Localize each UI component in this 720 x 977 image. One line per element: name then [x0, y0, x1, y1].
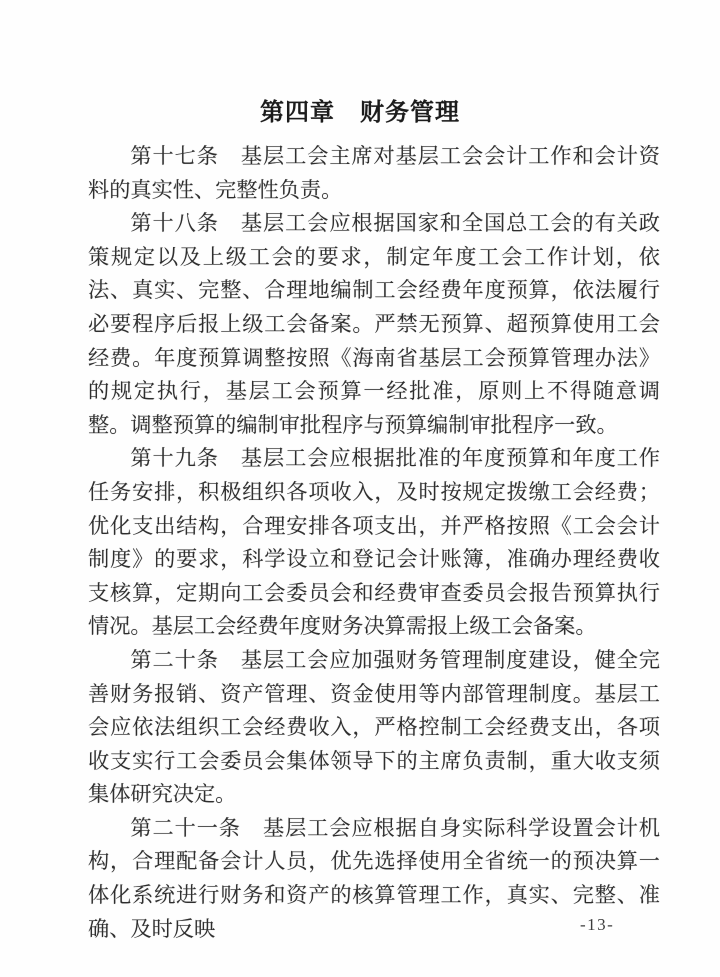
article-18-paragraph: 第十八条 基层工会应根据国家和全国总工会的有关政策规定以及上级工会的要求，制定年…: [88, 207, 660, 442]
page-number: -13-: [580, 916, 614, 933]
article-19-paragraph: 第十九条 基层工会应根据批准的年度预算和年度工作任务安排，积极组织各项收入，及时…: [88, 442, 660, 644]
document-body: 第十七条 基层工会主席对基层工会会计工作和会计资料的真实性、完整性负责。 第十八…: [88, 140, 660, 946]
article-20-paragraph: 第二十条 基层工会应加强财务管理制度建设，健全完善财务报销、资产管理、资金使用等…: [88, 644, 660, 812]
document-page: 第四章 财务管理 第十七条 基层工会主席对基层工会会计工作和会计资料的真实性、完…: [0, 0, 720, 977]
chapter-heading: 第四章 财务管理: [0, 99, 720, 125]
article-21-paragraph: 第二十一条 基层工会应根据自身实际科学设置会计机构，合理配备会计人员，优先选择使…: [88, 812, 660, 946]
article-17-paragraph: 第十七条 基层工会主席对基层工会会计工作和会计资料的真实性、完整性负责。: [88, 140, 660, 207]
